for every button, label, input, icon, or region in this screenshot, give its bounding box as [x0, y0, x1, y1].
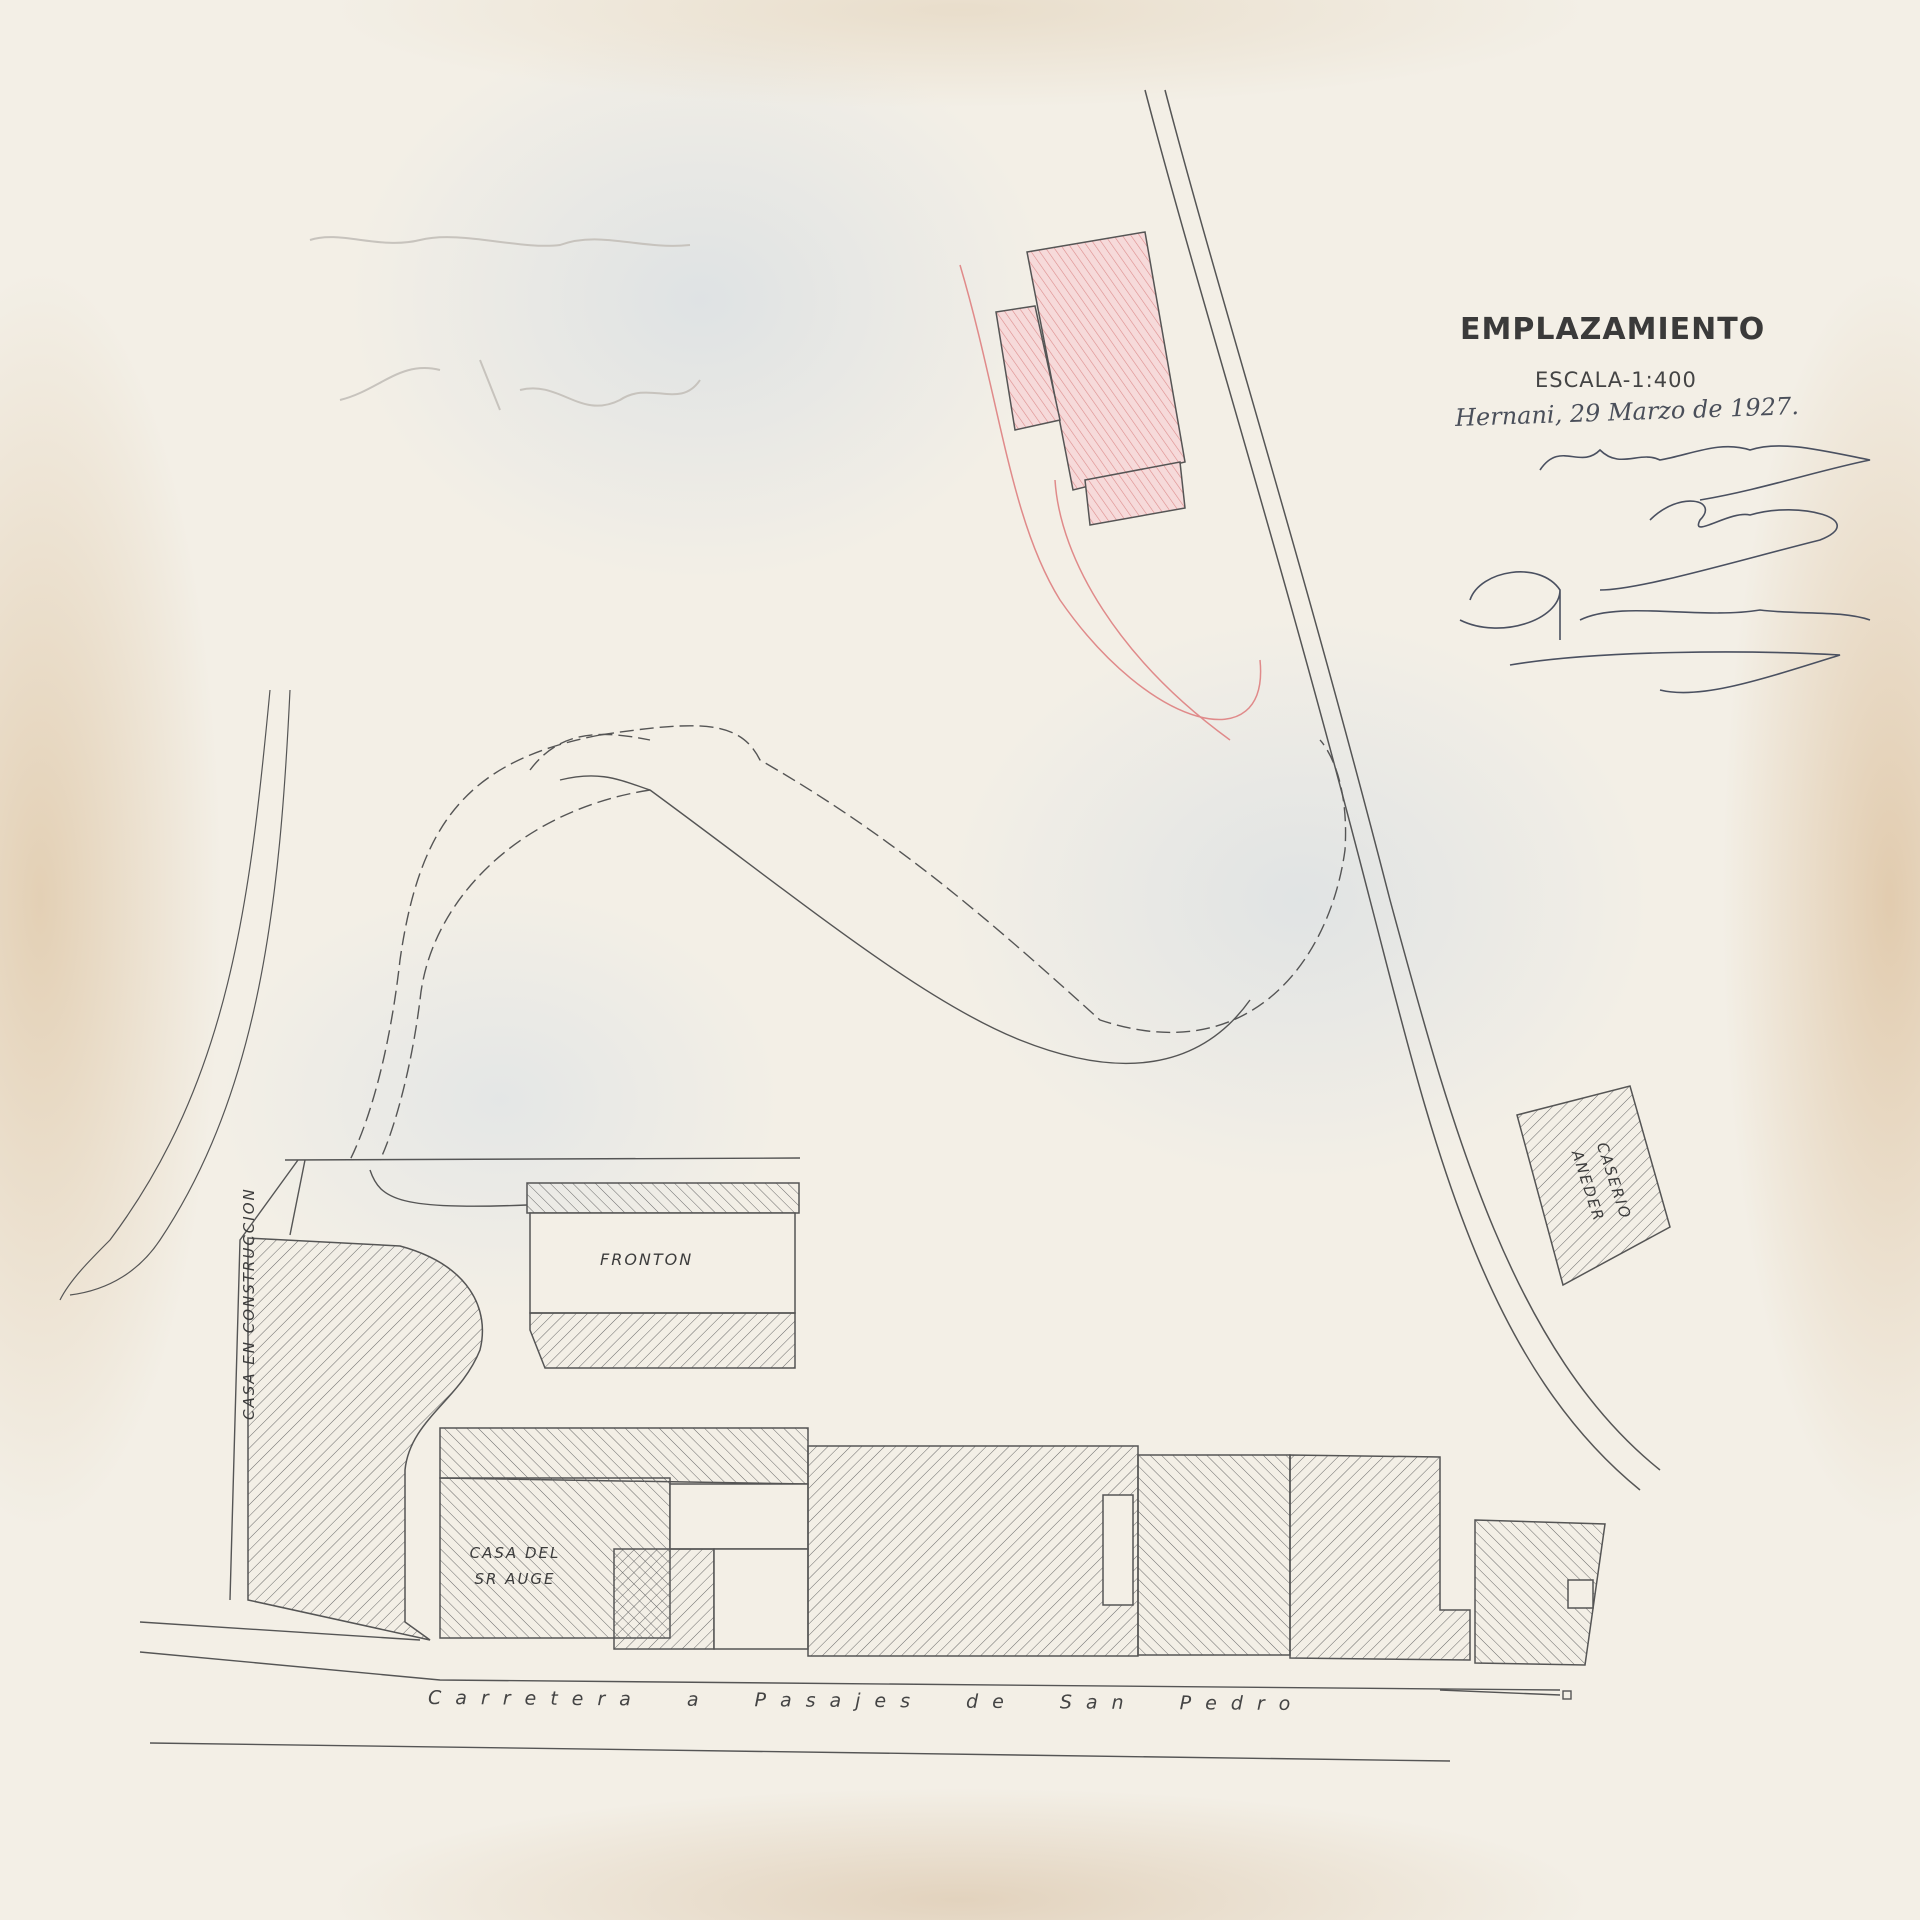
serpentine-path — [350, 726, 1346, 1160]
map-title: EMPLAZAMIENTO — [1460, 312, 1765, 347]
fronton-building — [527, 1183, 799, 1368]
proposed-building — [996, 232, 1185, 525]
faded-pencil-note — [310, 237, 700, 410]
label-casa-en-construccion: CASA EN CONSTRUCCION — [240, 1187, 258, 1420]
site-plan-drawing — [0, 0, 1920, 1920]
street-building-row — [440, 1428, 1605, 1665]
signatures — [1460, 446, 1870, 693]
map-scale: ESCALA-1:400 — [1535, 368, 1697, 392]
label-fronton: FRONTON — [600, 1250, 693, 1269]
label-casa-del-sr-auge: CASA DEL SR AUGE — [455, 1540, 575, 1592]
map-sheet: EMPLAZAMIENTO ESCALA-1:400 Hernani, 29 M… — [0, 0, 1920, 1920]
right-road — [1145, 90, 1660, 1490]
